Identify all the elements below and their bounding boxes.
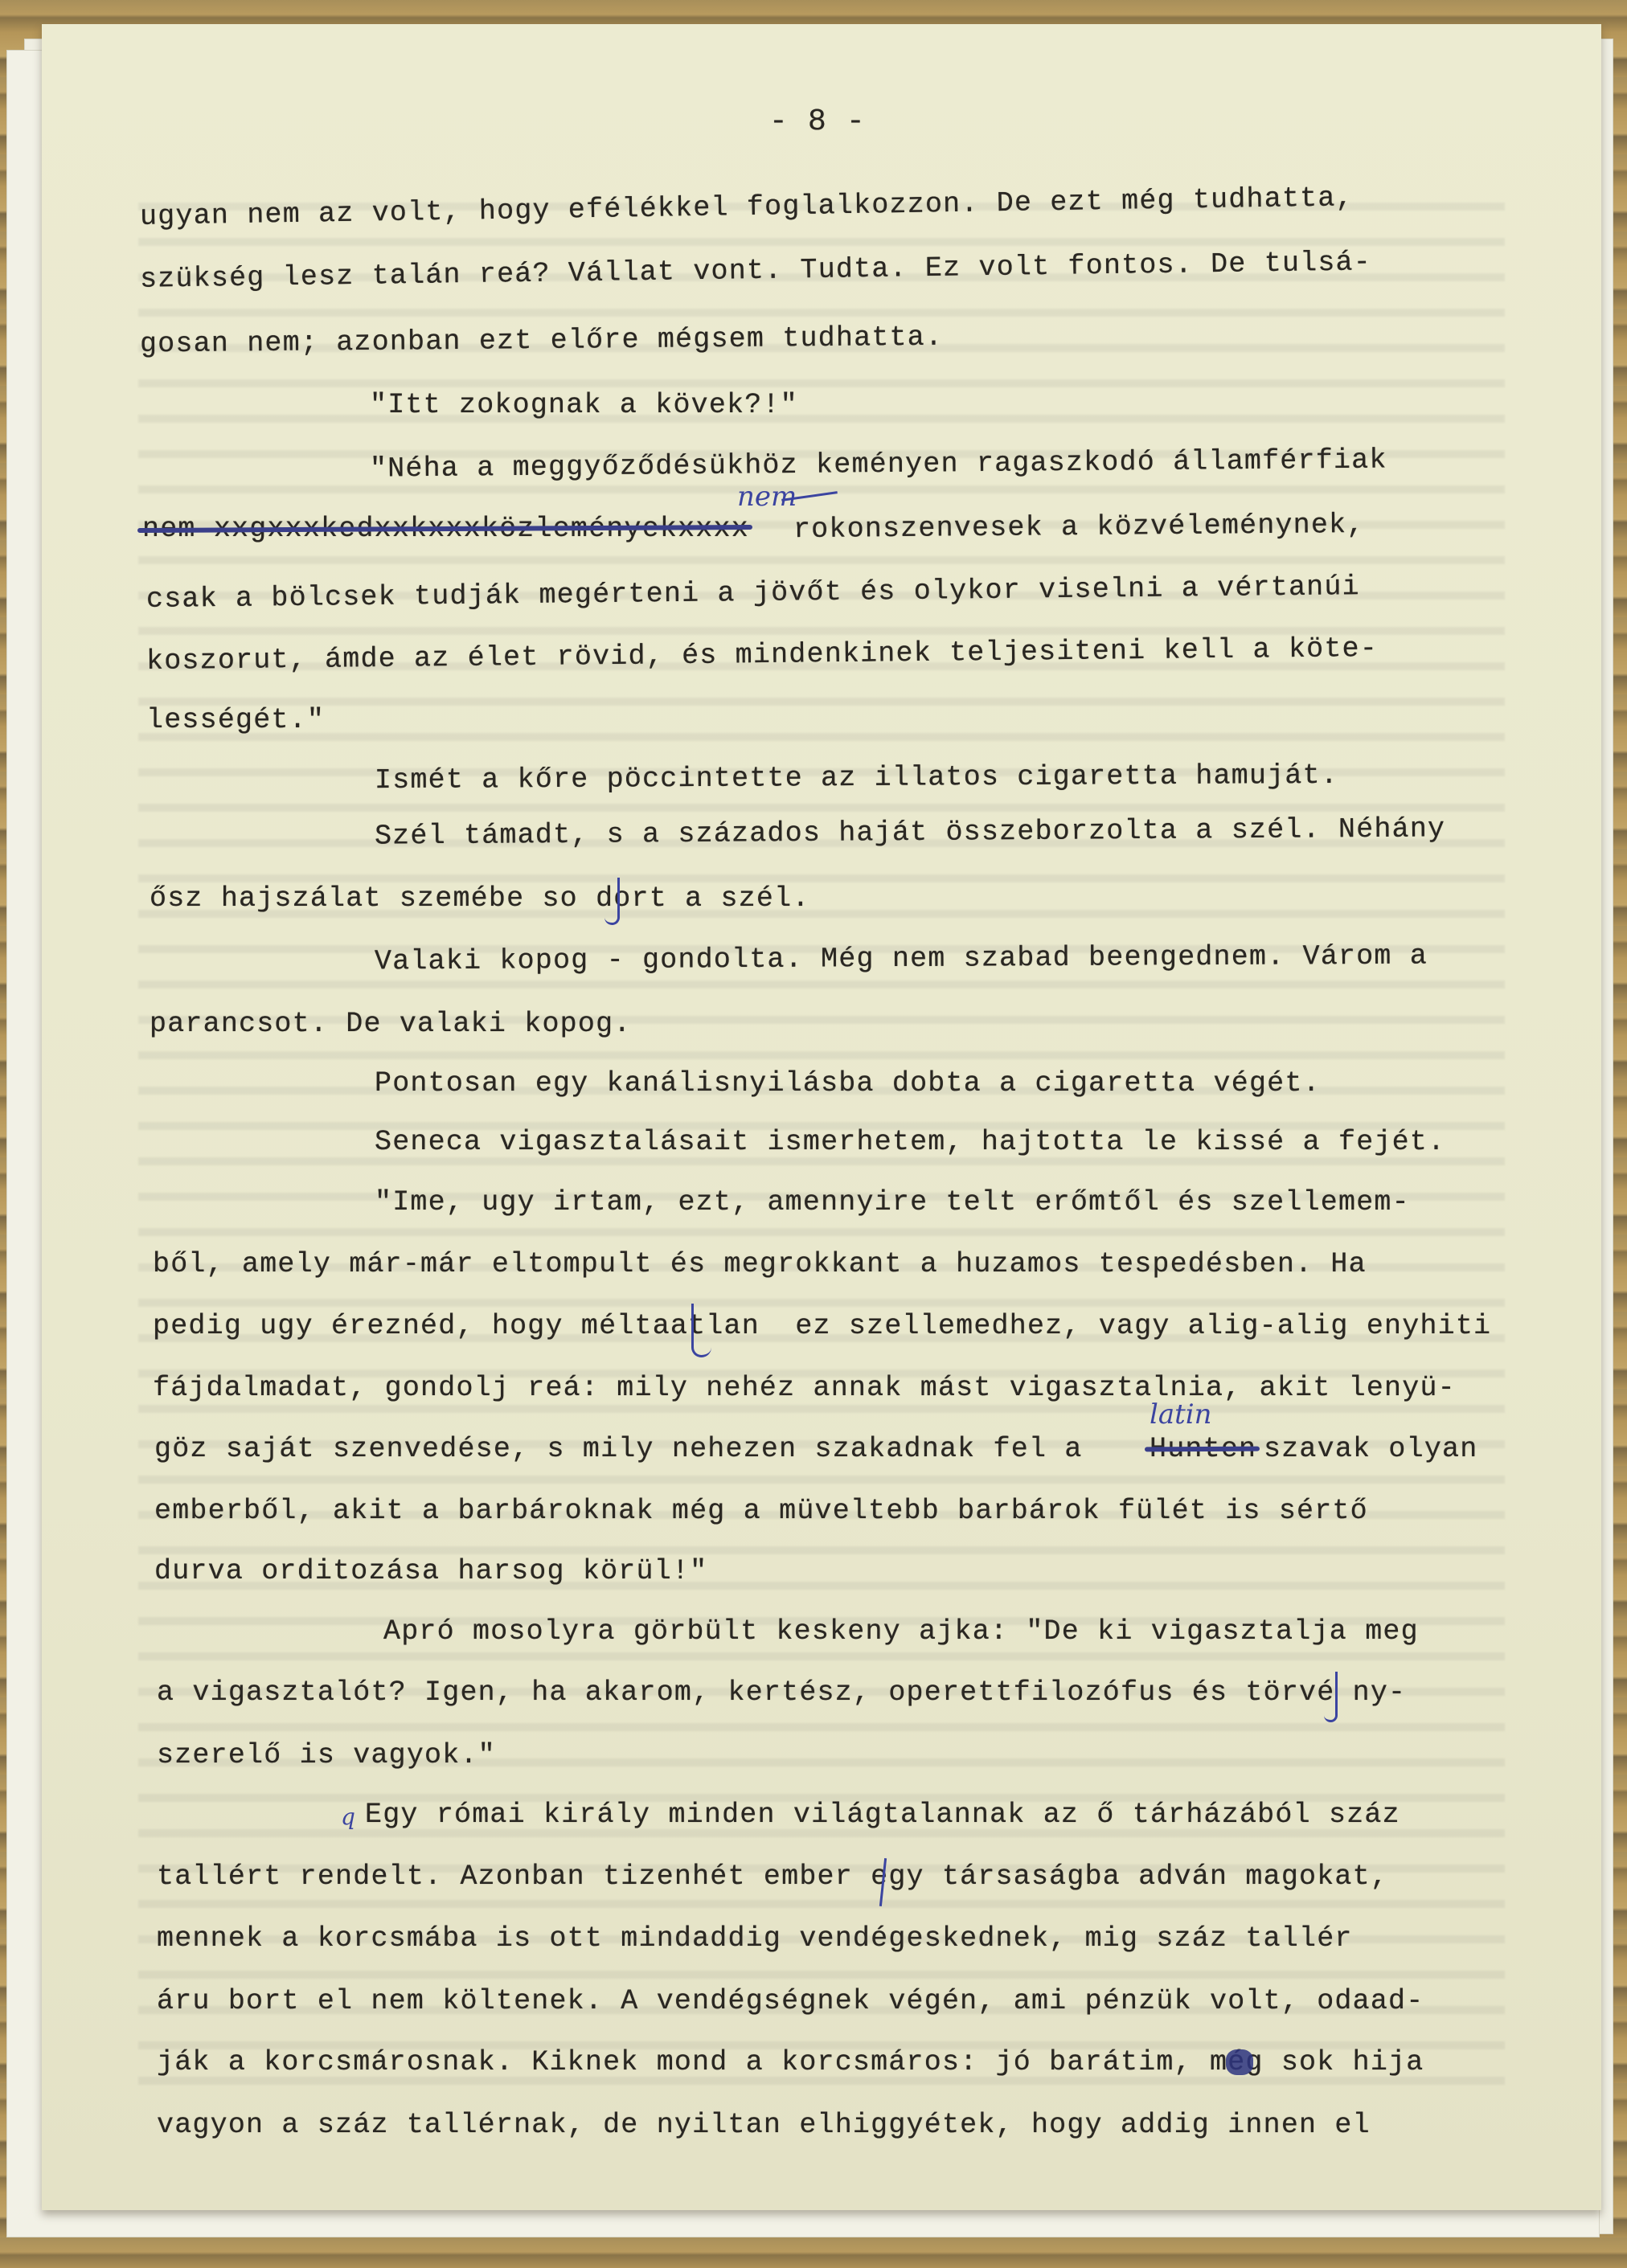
text-line: ből, amely már-már eltompult és megrokka… <box>153 1248 1367 1280</box>
text-line: szavak olyan <box>1264 1433 1477 1465</box>
text-line: tallért rendelt. Azonban tizenhét ember … <box>157 1861 1388 1893</box>
text-line: emberből, akit a barbároknak még a müvel… <box>154 1495 1368 1527</box>
text-line: a vigasztalót? Igen, ha akarom, kertész,… <box>157 1676 1406 1709</box>
text-line: durva orditozása harsog körül!" <box>154 1555 707 1587</box>
text-line: szükség lesz talán reá? Vállat vont. Tud… <box>140 246 1371 295</box>
text-line: pedig ugy éreznéd, hogy méltaatlan ez sz… <box>153 1310 1491 1342</box>
delete-mark <box>691 1304 711 1357</box>
text-line: Apró mosolyra görbült keskeny ajka: "De … <box>383 1615 1419 1648</box>
text-line: szerelő is vagyok." <box>157 1739 496 1771</box>
text-line: rokonszenvesek a közvéleménynek, <box>793 509 1365 546</box>
struck-out-word: Hunten <box>1150 1433 1256 1465</box>
handwritten-insert-latin: latin <box>1150 1398 1212 1431</box>
text-line: "Itt zokognak a kövek?!" <box>370 389 798 421</box>
text-line: vagyon a száz tallérnak, de nyiltan elhi… <box>157 2109 1371 2141</box>
text-line: "Ime, ugy irtam, ezt, amennyire telt erő… <box>375 1186 1410 1218</box>
text-line: gosan nem; azonban ezt előre mégsem tudh… <box>140 321 943 361</box>
text-line: göz saját szenvedése, s mily nehezen sza… <box>154 1433 1083 1465</box>
text-line: fájdalmadat, gondolj reá: mily nehéz ann… <box>153 1372 1456 1404</box>
text-line: koszorut, ámde az élet rövid, és mindenk… <box>146 633 1378 678</box>
text-line: Egy római király minden világtalannak az… <box>365 1799 1400 1831</box>
text-line: Ismét a kőre pöccintette az illatos ciga… <box>375 759 1338 796</box>
text-line: Seneca vigasztalásait ismerhetem, hajtot… <box>375 1126 1445 1158</box>
text-line: "Néha a meggyőződésükhöz keményen ragasz… <box>370 444 1387 485</box>
text-line: ősz hajszálat szemébe so dort a szél. <box>150 882 810 915</box>
page-number: - 8 - <box>769 104 866 139</box>
text-line: ugyan nem az volt, hogy efélékkel foglal… <box>140 182 1354 233</box>
struck-out-text: nem xxgxxxkedxxkxxxközleményekxxxx <box>142 513 749 545</box>
text-line: Szél támadt, s a százados haját összebor… <box>375 813 1445 852</box>
text-line: Pontosan egy kanálisnyilásba dobta a cig… <box>375 1067 1321 1099</box>
close-up-mark <box>1324 1672 1338 1722</box>
typewritten-page: - 8 - ugyan nem az volt, hogy efélékkel … <box>42 24 1601 2210</box>
handwritten-margin-mark: q <box>341 1803 355 1830</box>
text-line: csak a bölcsek tudják megérteni a jövőt … <box>146 571 1360 616</box>
text-line: parancsot. De valaki kopog. <box>150 1008 632 1040</box>
close-up-mark <box>604 878 620 925</box>
text-line: mennek a korcsmába is ott mindaddig vend… <box>157 1922 1353 1955</box>
text-line: Valaki kopog - gondolta. Még nem szabad … <box>375 940 1428 978</box>
text-line: lességét." <box>146 704 325 736</box>
handwritten-insert-nem: nem <box>737 481 797 513</box>
ink-correction-blot <box>1226 2049 1253 2075</box>
text-line: áru bort el nem költenek. A vendégségnek… <box>157 1985 1424 2017</box>
